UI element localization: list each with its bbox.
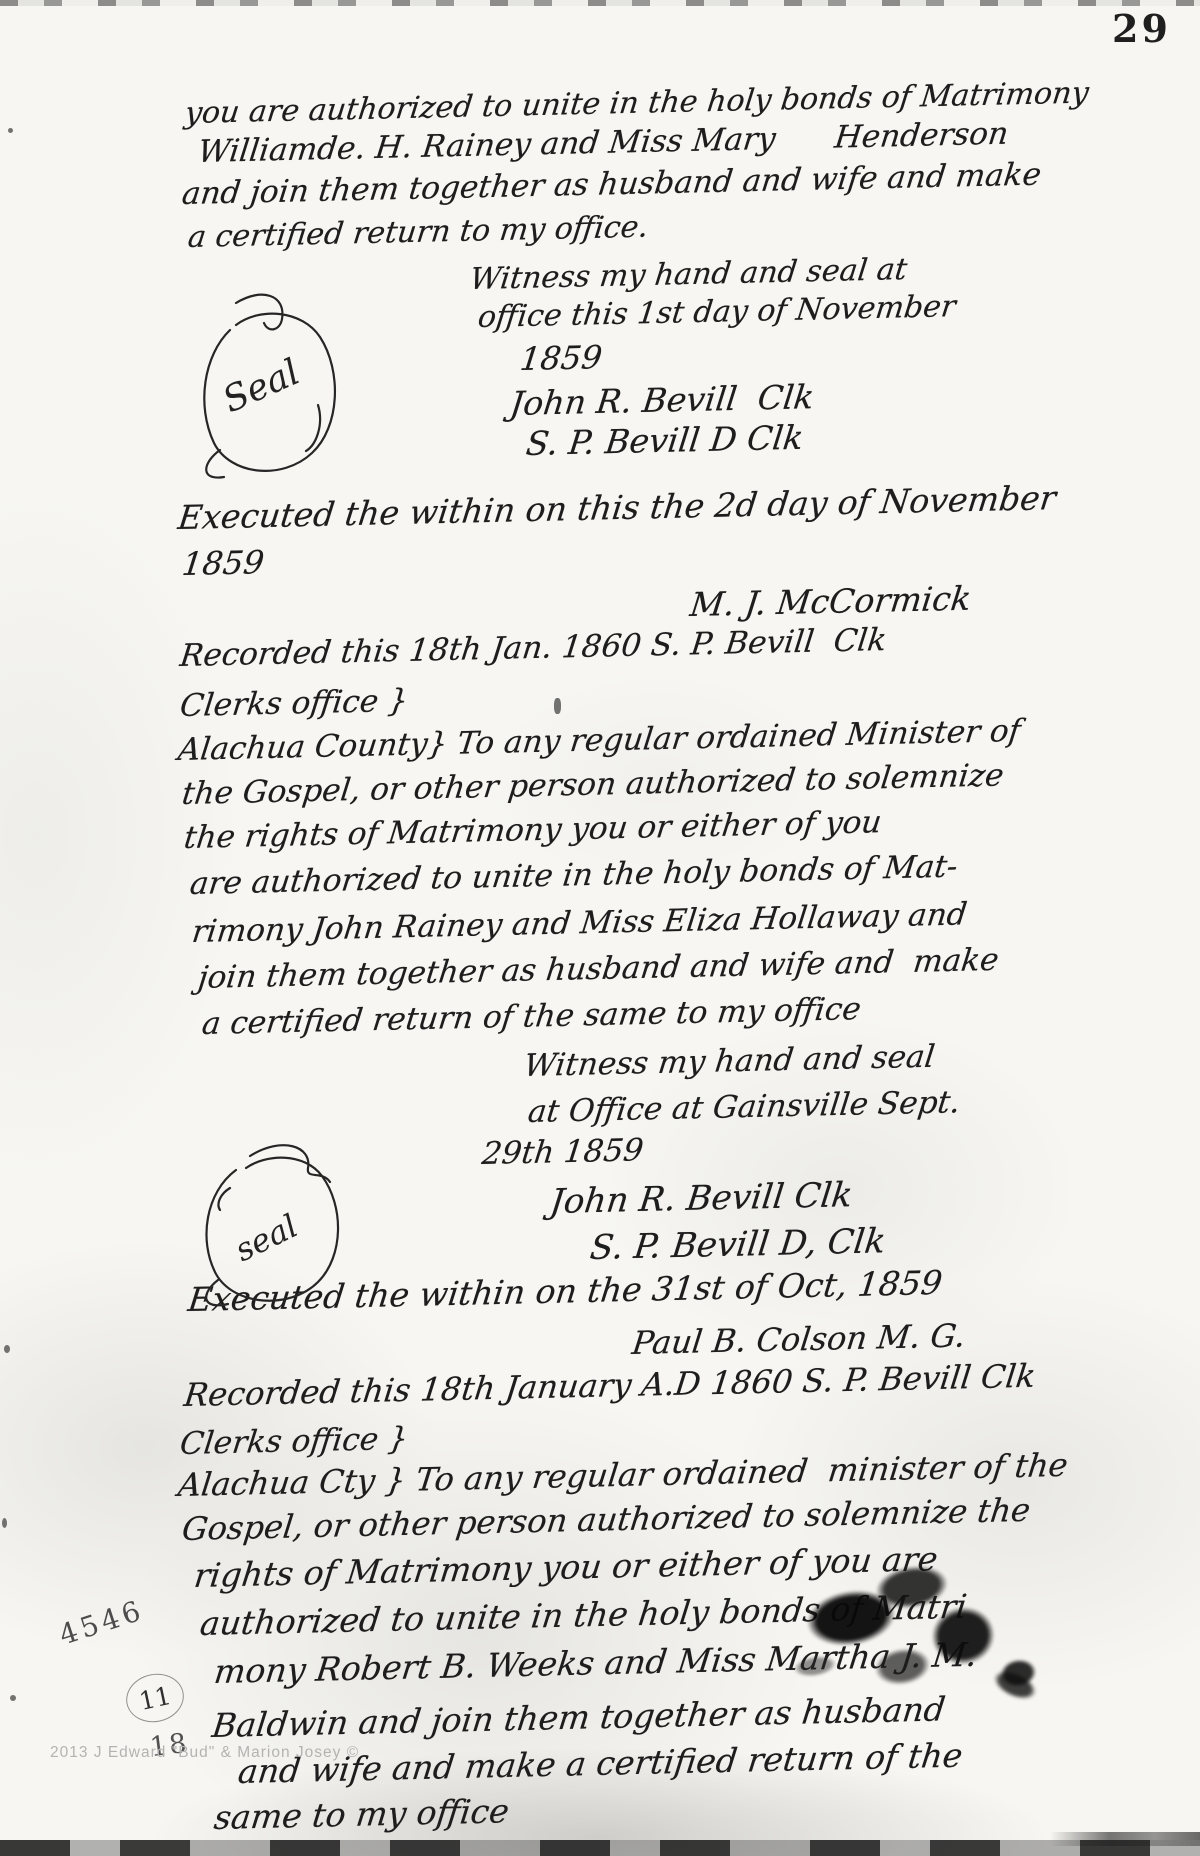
seal-flourish: seal [190,1130,365,1315]
handwritten-line: 29th 1859 [480,1132,645,1172]
handwritten-line: 1859 [518,338,604,378]
handwritten-line: Clerks office } [178,1421,410,1462]
handwritten-line: a certified return of the same to my off… [200,991,863,1042]
scan-speck [2,1518,7,1528]
handwritten-line: Recorded this 18th Jan. 1860 S. P. Bevil… [178,622,889,674]
margin-number-4546: 4546 [55,1593,148,1651]
handwritten-line: rimony John Rainey and Miss Eliza Hollaw… [190,896,969,950]
handwritten-line: a certified return to my office. [186,210,650,255]
handwritten-line: join them together as husband and wife a… [196,942,1001,996]
scan-edge-top [0,0,1200,6]
scan-edge-bottom [0,1840,1200,1856]
scan-speck [554,698,561,714]
seal-label: seal [229,1207,304,1270]
handwritten-line: Witness my hand and seal [522,1039,937,1084]
handwritten-line: Clerks office } [178,683,410,724]
handwritten-line: Witness my hand and seal at [468,252,909,297]
handwritten-line: same to my office [212,1791,511,1837]
scan-speck [4,1345,10,1353]
handwritten-line: office this 1st day of November [476,289,958,335]
signature-line: M. J. McCormick [688,579,973,624]
page-number: 29 [1112,6,1171,51]
scan-speck [10,1695,16,1701]
signature-line: Paul B. Colson M. G. [630,1316,968,1362]
handwritten-line: the rights of Matrimony you or either of… [182,804,884,856]
signature-line: John R. Bevill Clk [508,377,816,423]
handwritten-line: at Office at Gainsville Sept. [526,1084,962,1130]
seal-flourish: Seal [190,285,360,490]
handwritten-line: 1859 [180,543,266,583]
seal-label: Seal [217,352,306,422]
handwritten-line: are authorized to unite in the holy bond… [188,849,960,902]
scan-speck [8,128,13,133]
copyright-watermark: 2013 J Edward "Bud" & Marion Josey © [50,1744,359,1762]
scanned-document-page: 29 you are authorized to unite in the ho… [0,0,1200,1856]
handwritten-line: Recorded this 18th January A.D 1860 S. P… [182,1357,1038,1414]
margin-number-circled: 11 [122,1668,189,1727]
signature-line: S. P. Bevill D Clk [524,418,806,463]
signature-line: John R. Bevill Clk [548,1175,855,1222]
signature-line: S. P. Bevill D, Clk [588,1221,888,1268]
